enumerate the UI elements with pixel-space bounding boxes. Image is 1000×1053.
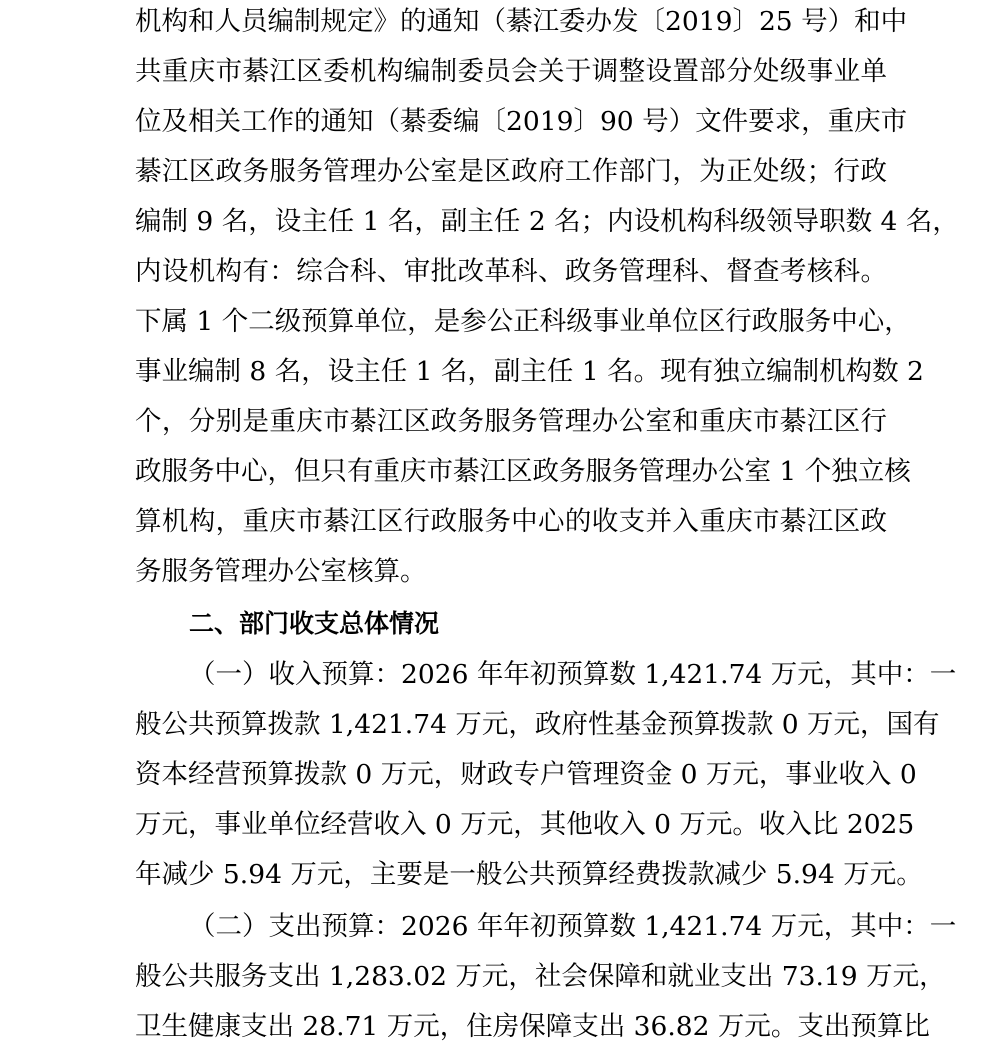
text-line: 内设机构有：综合科、审批改革科、政务管理科、督查考核科。 [135,250,887,300]
text-line: 务服务管理办公室核算。 [135,550,887,600]
text-line: 万元，事业单位经营收入 0 万元，其他收入 0 万元。收入比 2025 [135,803,887,853]
text-line: 般公共服务支出 1,283.02 万元，社会保障和就业支出 73.19 万元， [135,955,887,1005]
text-line: 编制 9 名，设主任 1 名，副主任 2 名；内设机构科级领导职数 4 名， [135,200,887,250]
text-line: 卫生健康支出 28.71 万元，住房保障支出 36.82 万元。支出预算比 [135,1005,887,1053]
text-line: 算机构，重庆市綦江区行政服务中心的收支并入重庆市綦江区政 [135,500,887,550]
text-line: 资本经营预算拨款 0 万元，财政专户管理资金 0 万元，事业收入 0 [135,753,887,803]
text-line: 事业编制 8 名，设主任 1 名，副主任 1 名。现有独立编制机构数 2 [135,350,887,400]
text-line: 般公共预算拨款 1,421.74 万元，政府性基金预算拨款 0 万元，国有 [135,703,887,753]
text-line: 个，分别是重庆市綦江区政务服务管理办公室和重庆市綦江区行 [135,400,887,450]
text-line: 綦江区政务服务管理办公室是区政府工作部门，为正处级；行政 [135,150,887,200]
text-line: 机构和人员编制规定》的通知（綦江委办发〔2019〕25 号）和中 [135,0,887,50]
section-heading: 二、部门收支总体情况 [189,602,887,652]
text-line: 下属 1 个二级预算单位，是参公正科级事业单位区行政服务中心， [135,300,887,350]
text-line: 共重庆市綦江区委机构编制委员会关于调整设置部分处级事业单 [135,50,887,100]
text-line: （二）支出预算：2026 年年初预算数 1,421.74 万元，其中：一 [189,905,887,955]
text-line: 位及相关工作的通知（綦委编〔2019〕90 号）文件要求，重庆市 [135,100,887,150]
text-line: （一）收入预算：2026 年年初预算数 1,421.74 万元，其中：一 [189,653,887,703]
text-line: 年减少 5.94 万元，主要是一般公共预算经费拨款减少 5.94 万元。 [135,853,887,903]
text-line: 政服务中心，但只有重庆市綦江区政务服务管理办公室 1 个独立核 [135,450,887,500]
